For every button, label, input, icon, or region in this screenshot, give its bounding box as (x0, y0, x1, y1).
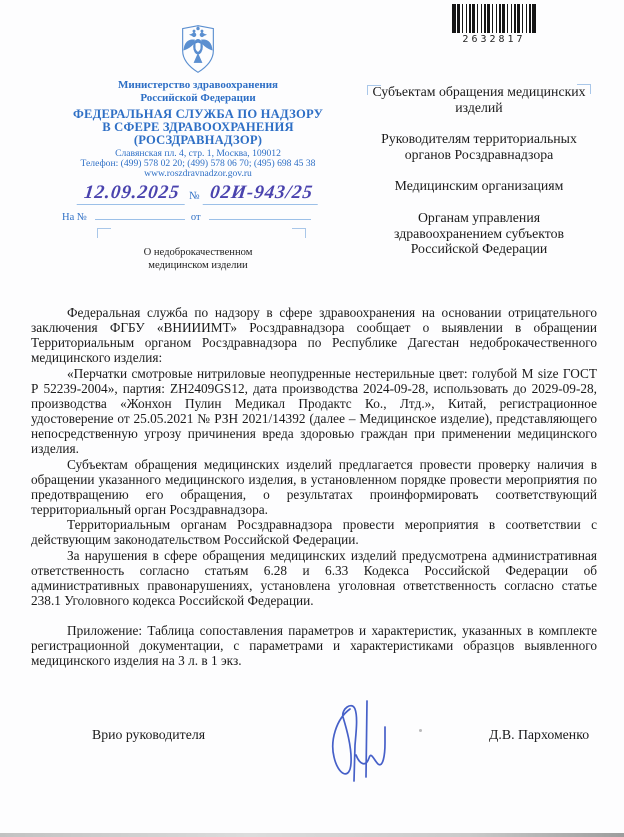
handwritten-signature-icon (322, 697, 394, 793)
ink-dot (419, 729, 422, 732)
document-page: 2632817 Министерство здравоохра (0, 0, 624, 837)
ministry-name: Министерство здравоохранения Российской … (40, 79, 356, 105)
reply-reference-row: На №от (40, 209, 356, 222)
body-paragraph: «Перчатки смотровые нитриловые неопудрен… (31, 366, 597, 457)
ministry-line2: Российской Федерации (40, 92, 356, 105)
corner-mark-top-left-icon (97, 228, 111, 238)
body-paragraph: Территориальным органам Росздравнадзора … (31, 517, 597, 547)
agency-name: ФЕДЕРАЛЬНАЯ СЛУЖБА ПО НАДЗОРУ В СФЕРЕ ЗД… (40, 108, 356, 147)
handwritten-date: 12.09.2025 (76, 183, 186, 205)
corner-mark-top-left-icon (367, 85, 381, 95)
letterhead: Министерство здравоохранения Российской … (40, 22, 356, 272)
recipient-item: Руководителям территориальных органов Ро… (367, 131, 591, 162)
contact-block: Славянская пл. 4, стр. 1, Москва, 109012… (40, 149, 356, 179)
agency-line3: (РОСЗДРАВНАДЗОР) (40, 134, 356, 147)
corner-mark-top-right-icon (577, 84, 591, 94)
body-paragraph: Субъектам обращения медицинских изделий … (31, 457, 597, 518)
signer-position: Врио руководителя (92, 727, 205, 743)
reply-date-blank (209, 209, 311, 220)
corner-mark-top-right-icon (292, 228, 306, 238)
body-paragraph: За нарушения в сфере обращения медицинск… (31, 548, 597, 609)
subject-line2: медицинском изделии (40, 260, 356, 273)
handwritten-doc-number: 02И-943/25 (202, 183, 320, 205)
subject-corner-marks (40, 228, 356, 238)
barcode: 2632817 (452, 4, 536, 45)
outgoing-reference-row: 12.09.2025 № 02И-943/25 (40, 182, 356, 205)
ministry-line1: Министерство здравоохранения (40, 79, 356, 92)
number-sign: № (189, 190, 200, 205)
subject-line1: О недоброкачественном (40, 247, 356, 260)
document-subject: О недоброкачественном медицинском издели… (40, 247, 356, 272)
recipient-item: Медицинским организациям (367, 178, 591, 194)
barcode-bars (452, 4, 536, 33)
recipient-item: Органам управления здравоохранением субъ… (367, 210, 591, 257)
coat-of-arms-icon (179, 24, 217, 74)
barcode-number: 2632817 (452, 34, 536, 45)
signer-name: Д.В. Пархоменко (489, 727, 589, 743)
recipient-item: Субъектам обращения медицинских изделий (367, 84, 591, 115)
recipients-block: Субъектам обращения медицинских изделий … (367, 84, 591, 257)
body-paragraph: Федеральная служба по надзору в сфере зд… (31, 305, 597, 366)
from-label: от (191, 212, 201, 223)
website-line: www.roszdravnadzor.gov.ru (40, 169, 356, 179)
scan-edge (0, 833, 624, 837)
letter-body: Федеральная служба по надзору в сфере зд… (31, 305, 597, 669)
reply-to-label: На № (62, 212, 87, 223)
reply-number-blank (95, 209, 185, 220)
attachment-note: Приложение: Таблица сопоставления параме… (31, 623, 597, 668)
